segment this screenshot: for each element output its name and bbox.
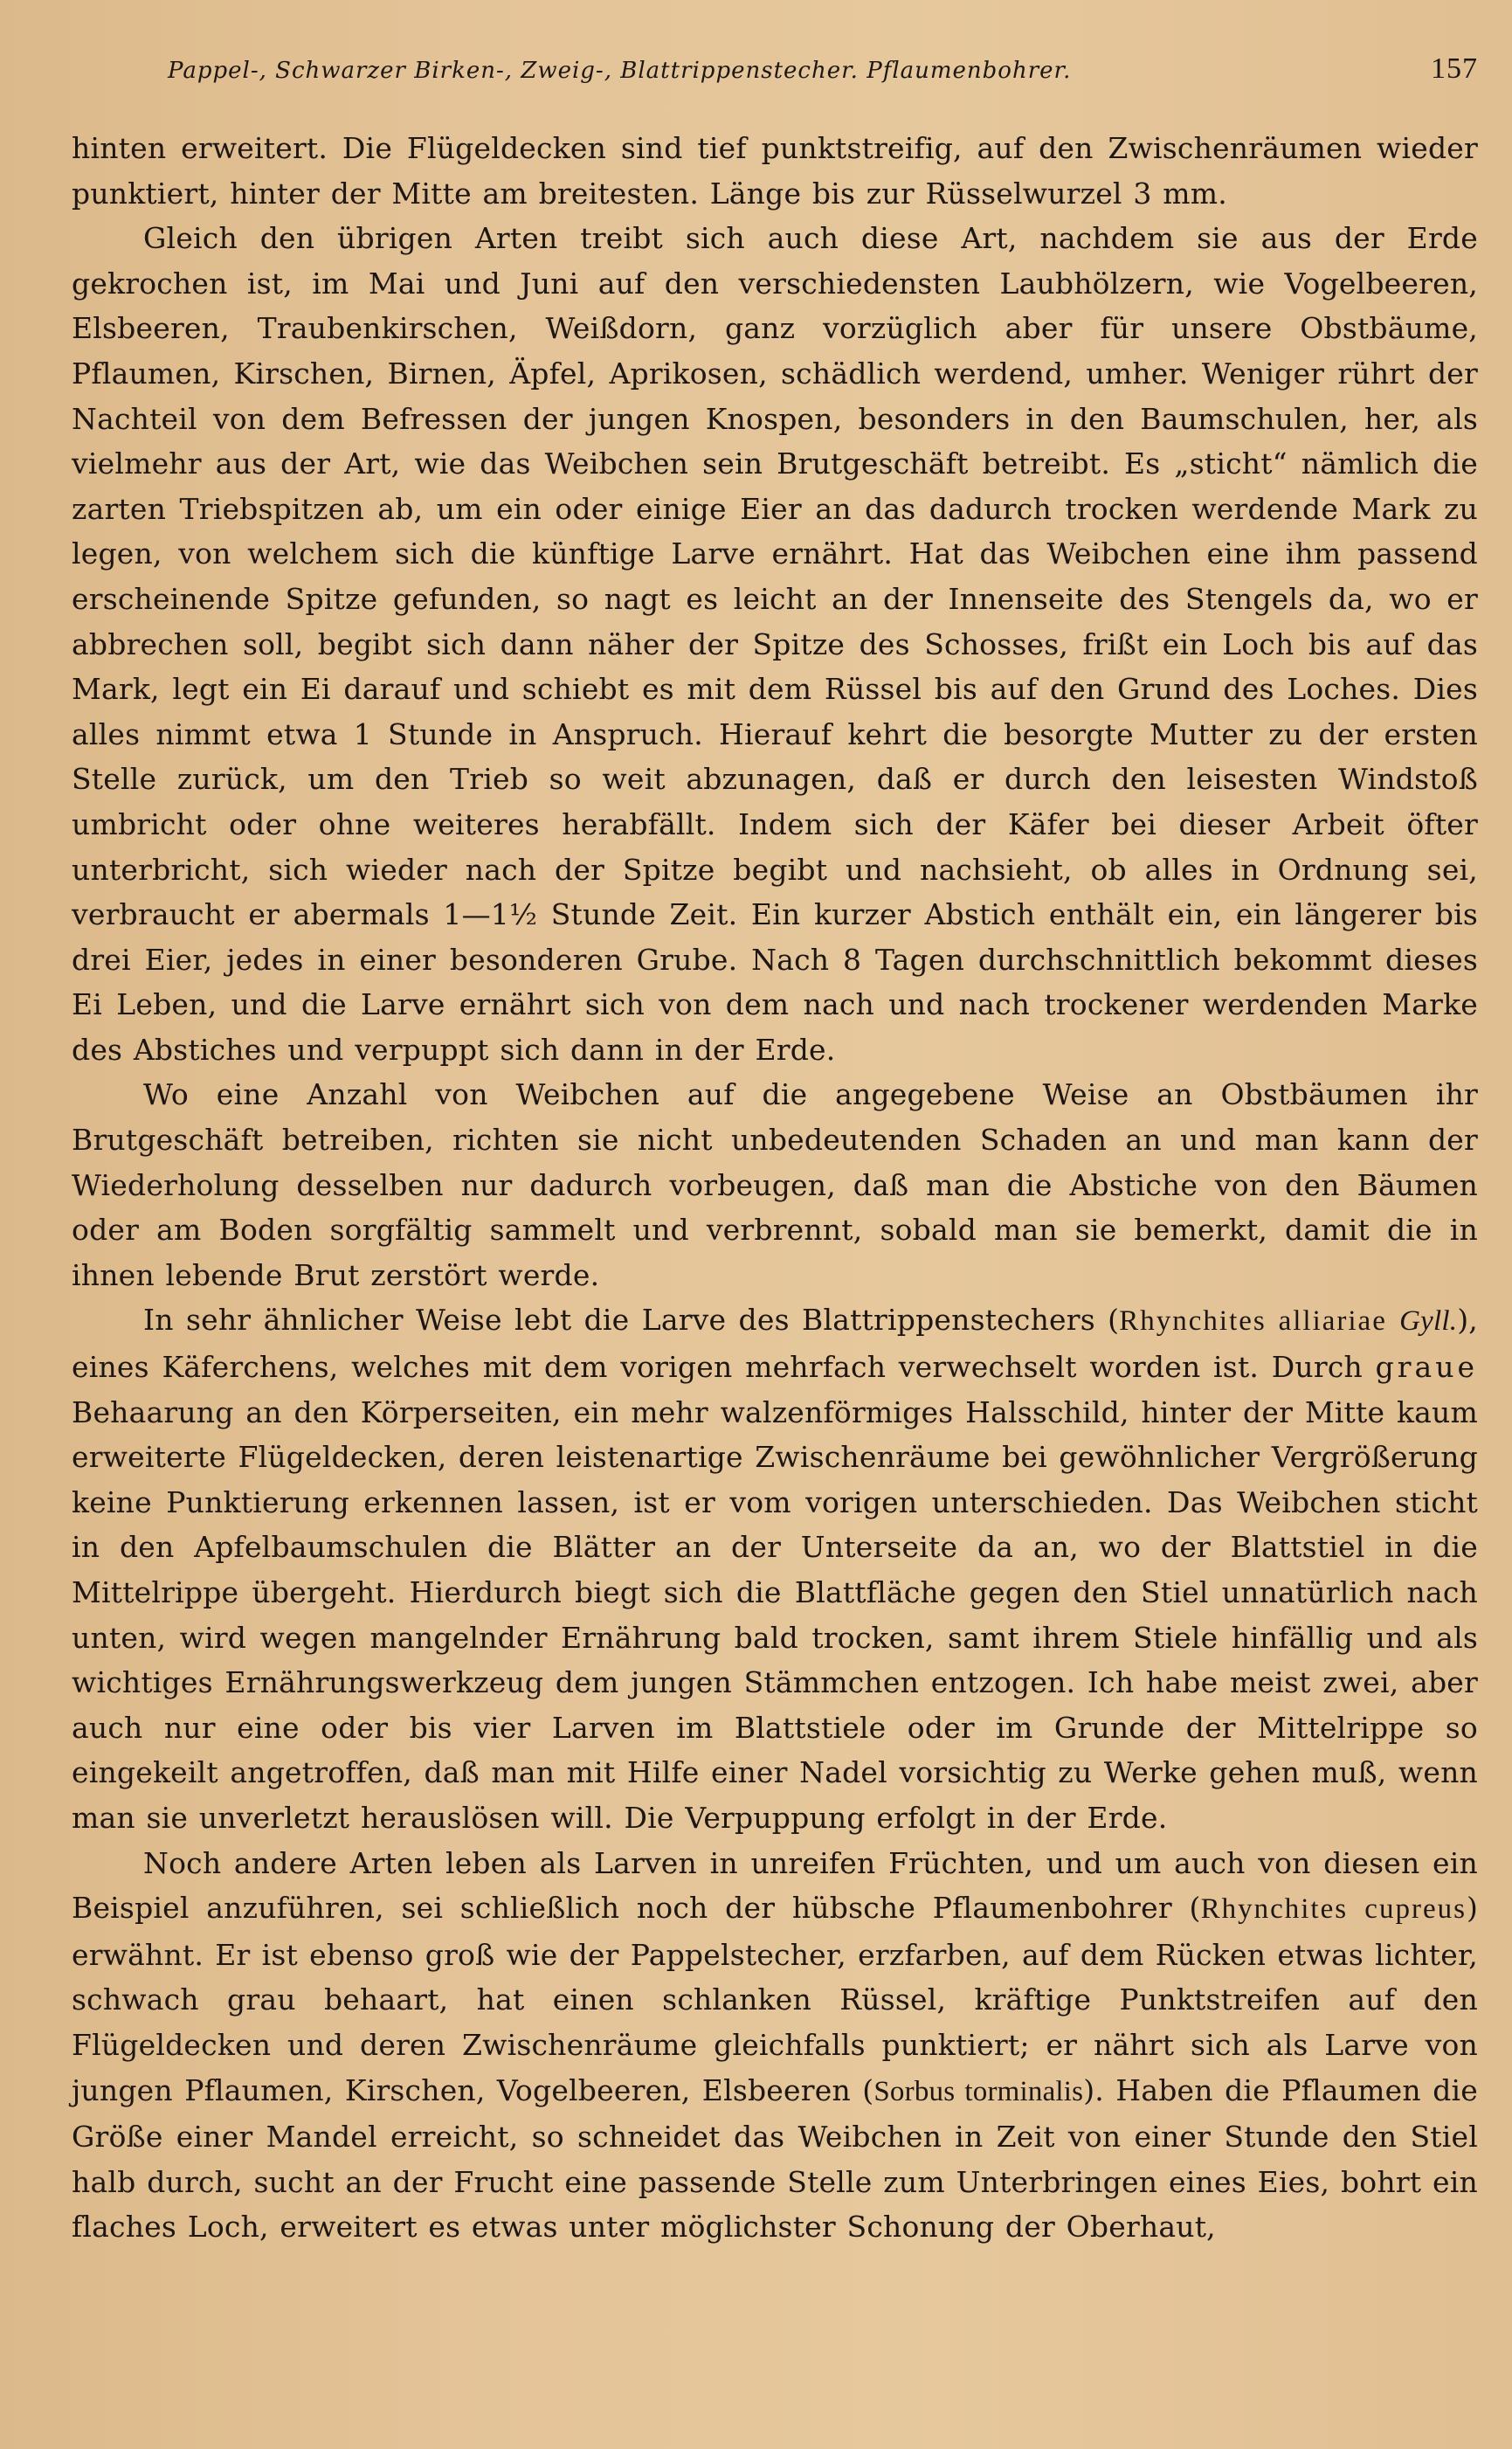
text-run: Behaarung an den Körperseiten, ein mehr … xyxy=(72,1395,1478,1835)
text-run: In sehr ähnlicher Weise lebt die Larve d… xyxy=(143,1303,1119,1337)
page-number: 157 xyxy=(1431,52,1478,86)
paragraph-5: Noch andere Arten leben als Larven in un… xyxy=(72,1841,1478,2250)
book-page: Pappel-, Schwarzer Birken-, Zweig-, Blat… xyxy=(72,52,1478,2250)
emphasized-word: graue xyxy=(1376,1350,1478,1384)
paragraph-2: Gleich den übrigen Arten treibt sich auc… xyxy=(72,216,1478,1072)
body-text: hinten erweitert. Die Flügeldecken sind … xyxy=(72,126,1478,2250)
running-header: Pappel-, Schwarzer Birken-, Zweig-, Blat… xyxy=(72,52,1478,101)
paragraph-3: Wo eine Anzahl von Weibchen auf die ange… xyxy=(72,1072,1478,1297)
text-run xyxy=(1387,1303,1399,1337)
species-name: Sorbus torminalis xyxy=(873,2076,1083,2107)
species-name: Rhynchites cupreus xyxy=(1201,1893,1467,1925)
author-abbreviation: Gyll. xyxy=(1399,1305,1457,1337)
species-name: Rhynchites alliariae xyxy=(1119,1305,1387,1337)
running-title: Pappel-, Schwarzer Birken-, Zweig-, Blat… xyxy=(168,58,1071,84)
paragraph-1: hinten erweitert. Die Flügeldecken sind … xyxy=(72,126,1478,216)
paragraph-4: In sehr ähnlicher Weise lebt die Larve d… xyxy=(72,1297,1478,1840)
